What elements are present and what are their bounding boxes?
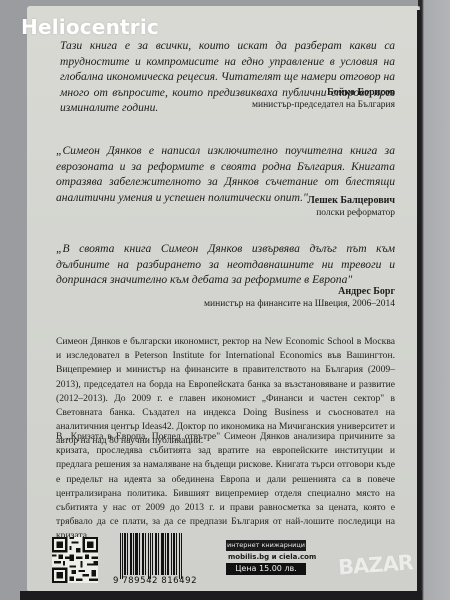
quote-3-role: министър на финансите на Швеция, 2006–20… [204, 298, 395, 311]
qr-code-icon [52, 537, 98, 583]
book-spine-edge [417, 10, 421, 595]
shop-sites: mobilis.bg и ciela.com [228, 553, 316, 561]
price-label: Цена 15.00 лв. [226, 563, 306, 575]
book-bottom-edge [20, 591, 422, 600]
quote-2-author: Лешек Балцерович [307, 194, 395, 207]
quote-1-author: Бойко Борисов [252, 86, 395, 99]
quote-2-role: полски реформатор [307, 207, 395, 220]
quote-3-attribution: Андрес Борг министър на финансите на Шве… [204, 285, 395, 311]
quote-1-role: министър-председател на България [252, 99, 395, 112]
shop-label: интернет книжарници [226, 540, 306, 551]
quote-3-author: Андрес Борг [204, 285, 395, 298]
watermark: Heliocentric [21, 15, 159, 39]
isbn-number: 9 789542 816492 [113, 576, 197, 586]
background-surface [418, 0, 450, 600]
barcode-icon [120, 533, 182, 579]
quote-3: „В своята книга Симеон Дянков извървява … [56, 241, 395, 288]
book-description: В „Кризата в Европа. Поглед отвътре" Сим… [56, 430, 395, 544]
quote-1-attribution: Бойко Борисов министър-председател на Бъ… [252, 86, 395, 112]
quote-2-attribution: Лешек Балцерович полски реформатор [307, 194, 395, 220]
